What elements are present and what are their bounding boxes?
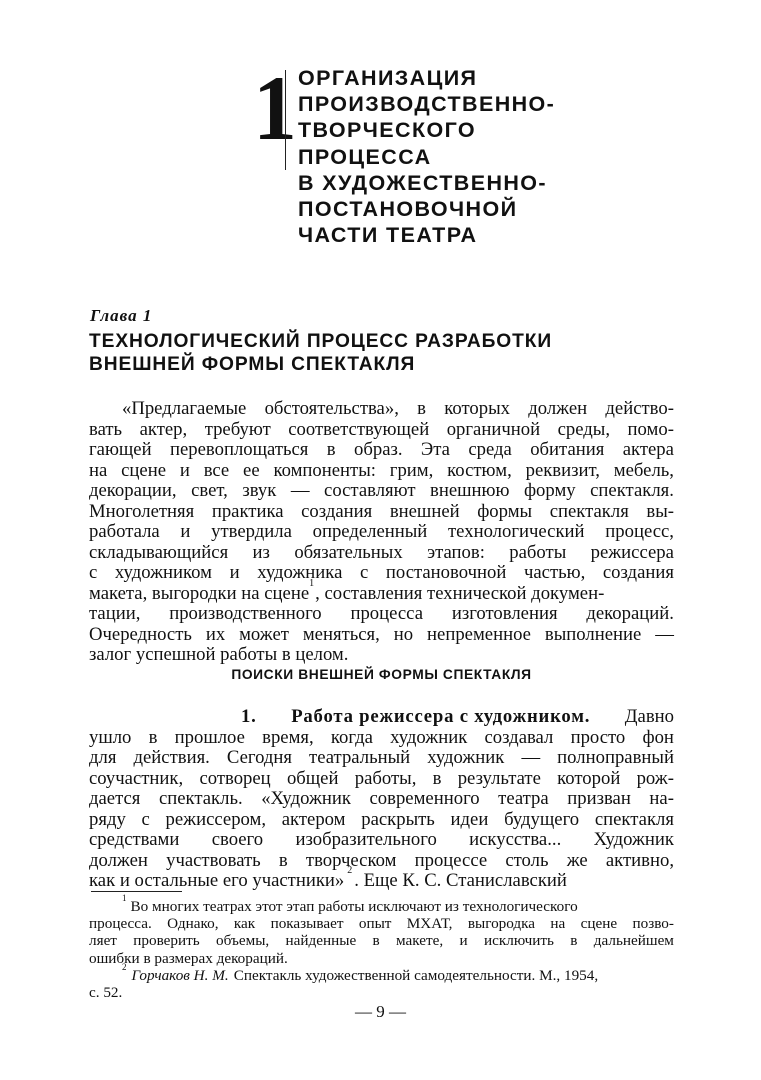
- paragraph-intro: «Предлагаемыеобстоятельства»,вкоторыхдол…: [89, 399, 674, 666]
- part-title-line: ПРОЦЕССА: [298, 144, 618, 170]
- chapter-label: Глава 1: [90, 306, 152, 326]
- text-line: как и остальные его участники»2. Еще К. …: [89, 871, 674, 892]
- chapter-title-line: ТЕХНОЛОГИЧЕСКИЙ ПРОЦЕСС РАЗРАБОТКИ: [89, 331, 689, 354]
- text-line: схудожникомихудожникаспостановочнойчасть…: [89, 563, 674, 584]
- footnote-separator: [91, 891, 182, 892]
- page-number: — 9 —: [0, 1002, 761, 1022]
- text-line: средствамисвоегоизобразительногоискусств…: [89, 830, 674, 851]
- part-divider-rule: [285, 70, 286, 170]
- text-line: Очередностьихможетменяться,нонепременное…: [89, 625, 674, 646]
- chapter-title: ТЕХНОЛОГИЧЕСКИЙ ПРОЦЕСС РАЗРАБОТКИ ВНЕШН…: [89, 331, 689, 376]
- chapter-title-line: ВНЕШНЕЙ ФОРМЫ СПЕКТАКЛЯ: [89, 354, 689, 377]
- item-number: 1.: [241, 707, 257, 728]
- text-line: гающейперевоплощатьсявобраз.Этасредаобит…: [89, 440, 674, 461]
- text-line: соучастник,сотворецобщейработы,врезульта…: [89, 769, 674, 790]
- footnote-ref-2[interactable]: 2: [347, 871, 352, 892]
- part-title: ОРГАНИЗАЦИЯ ПРОИЗВОДСТВЕННО- ТВОРЧЕСКОГО…: [298, 65, 618, 248]
- text-segment: Во многих театрах этот этап работы исклю…: [131, 898, 675, 915]
- text-line: рядусрежиссером,актеромраскрытьидеибудущ…: [89, 810, 674, 831]
- text-line: длядействия.Сегоднятеатральныйхудожник—п…: [89, 748, 674, 769]
- text-segment: Давно: [625, 707, 674, 728]
- footnote-1-line: ляетпроверитьобъемы,найденныевмакете,иис…: [89, 932, 674, 949]
- part-title-line: В ХУДОЖЕСТВЕННО-: [298, 170, 618, 196]
- part-title-line: ПОСТАНОВОЧНОЙ: [298, 196, 618, 222]
- text-line: работалаиутвердилаопределенныйтехнологич…: [89, 522, 674, 543]
- text-line: залог успешной работы в целом.: [89, 645, 674, 666]
- paragraph-director-artist: 1. Работа режиссера с художником. Давно …: [89, 707, 674, 892]
- footnotes: 1 Во многих театрах этот этап работы иск…: [89, 898, 674, 1001]
- text-line: декорации,свет,звук—составляютвнешнююфор…: [89, 481, 674, 502]
- part-title-line: ОРГАНИЗАЦИЯ: [298, 65, 618, 91]
- footnote-marker-2: 2: [122, 967, 127, 984]
- text-line: «Предлагаемыеобстоятельства»,вкоторыхдол…: [89, 399, 674, 420]
- part-title-line: ЧАСТИ ТЕАТРА: [298, 222, 618, 248]
- footnote-1-line: процесса.Однако,какпоказываетопытМХАТ,вы…: [89, 915, 674, 932]
- part-title-line: ТВОРЧЕСКОГО: [298, 117, 618, 143]
- text-line: даетсяспектакль.«Художниксовременноготеа…: [89, 789, 674, 810]
- text-line: Многолетняяпрактикасозданиявнешнейформыс…: [89, 502, 674, 523]
- text-segment: макета, выгородки на сцене: [89, 584, 309, 605]
- text-line: ватьактер,требуютсоответствующейорганичн…: [89, 420, 674, 441]
- footnote-2-line: с. 52.: [89, 984, 674, 1001]
- text-line: долженучаствоватьвтворческомпроцессестол…: [89, 851, 674, 872]
- section-heading: ПОИСКИ ВНЕШНЕЙ ФОРМЫ СПЕКТАКЛЯ: [89, 667, 674, 682]
- item-title: Работа режиссера с художником.: [291, 707, 590, 728]
- text-line: макета, выгородки на сцене1, составления…: [89, 584, 674, 605]
- text-line: 1. Работа режиссера с художником. Давно: [89, 707, 674, 728]
- text-segment: как и остальные его участники»: [89, 871, 344, 892]
- part-title-line: ПРОИЗВОДСТВЕННО-: [298, 91, 618, 117]
- text-segment: , составления технической докумен-: [315, 584, 604, 605]
- text-segment: Спектакль художественной самодеятельност…: [234, 967, 598, 984]
- footnote-1-line: 1 Во многих театрах этот этап работы иск…: [89, 898, 674, 915]
- footnote-author: Горчаков Н. М.: [132, 967, 229, 984]
- footnote-ref-1[interactable]: 1: [309, 584, 314, 605]
- text-segment: . Еще К. С. Станиславский: [354, 871, 567, 892]
- part-number: 1: [253, 62, 297, 154]
- footnote-1-line: ошибки в размерах декораций.: [89, 950, 674, 967]
- text-line: ушловпрошлоевремя,когдахудожниксоздавалп…: [89, 728, 674, 749]
- text-line: складывающийсяизобязательныхэтапов:работ…: [89, 543, 674, 564]
- footnote-2-line: 2 Горчаков Н. М. Спектакль художественно…: [89, 967, 674, 984]
- footnote-marker-1: 1: [122, 898, 127, 915]
- text-line: насценеивсееекомпоненты:грим,костюм,рекв…: [89, 461, 674, 482]
- text-line: тации,производственногопроцессаизготовле…: [89, 604, 674, 625]
